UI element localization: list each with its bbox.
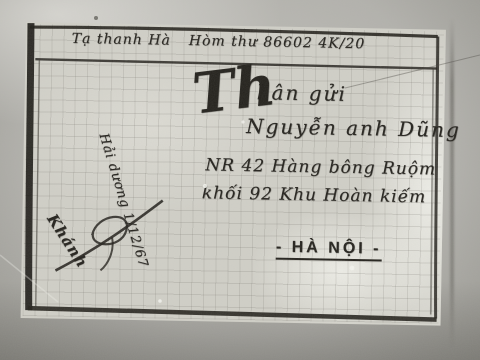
salutation-text: hân gửi (257, 80, 348, 106)
address-line-2: khối 92 Khu Hoàn kiếm (202, 183, 427, 207)
city-name: - HÀ NỘI - (276, 239, 382, 262)
recipient-name: Nguyễn anh Dũng (246, 114, 461, 142)
envelope-photo: Tạ thanh Hà Hòm thư 86602 4K/20 Th hân g… (0, 0, 480, 360)
sender-mailbox-number: Hòm thư 86602 4K/20 (189, 33, 366, 52)
envelope-paper: Tạ thanh Hà Hòm thư 86602 4K/20 Th hân g… (21, 22, 446, 326)
sender-name: Tạ thanh Hà (72, 31, 171, 49)
torn-photo-edge (450, 18, 454, 348)
address-line-1: NR 42 Hàng bông Ruộm (205, 155, 436, 179)
